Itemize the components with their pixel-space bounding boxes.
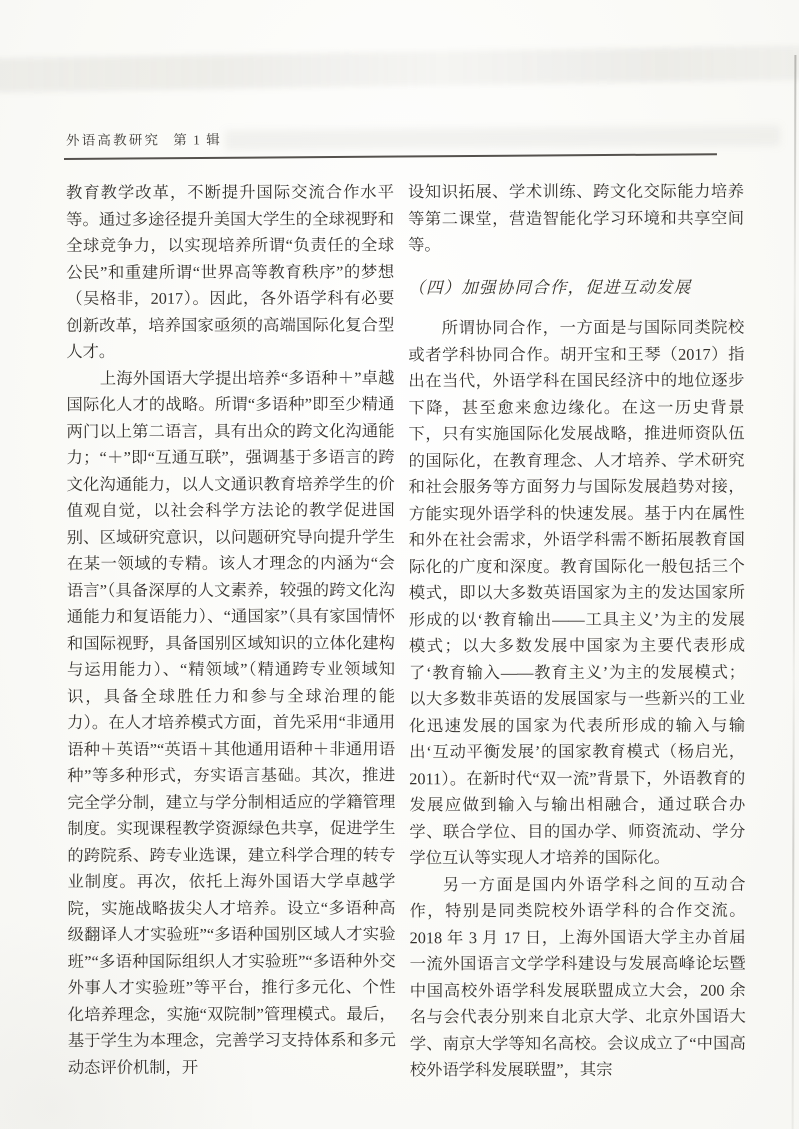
paragraph-continuation: 教育教学改革，不断提升国际交流合作水平等。通过多途径提升美国大学生的全球视野和全… bbox=[66, 179, 394, 365]
section-heading: （四）加强协同合作，促进互动发展 bbox=[408, 274, 744, 301]
right-column: 设知识拓展、学术训练、跨文化交际能力培养等第二课堂，营造智能化学习环境和共享空间… bbox=[408, 179, 746, 1084]
running-header: 外语高教研究第 1 辑 bbox=[66, 128, 221, 149]
page-edge-crease bbox=[792, 55, 797, 1129]
header-rule bbox=[64, 153, 717, 160]
scan-streak-artifact bbox=[0, 46, 799, 93]
paragraph: 所谓协同合作，一方面是与国际同类院校或者学科协同合作。胡开宝和王琴（2017）指… bbox=[408, 315, 745, 872]
journal-title: 外语高教研究 bbox=[66, 133, 160, 148]
scan-smudge-artifact bbox=[225, 126, 780, 151]
paragraph-continuation: 设知识拓展、学术训练、跨文化交际能力培养等第二课堂，营造智能化学习环境和共享空间… bbox=[408, 179, 744, 259]
scanned-page: 外语高教研究第 1 辑 教育教学改革，不断提升国际交流合作水平等。通过多途径提升… bbox=[0, 0, 799, 1129]
left-column: 教育教学改革，不断提升国际交流合作水平等。通过多途径提升美国大学生的全球视野和全… bbox=[66, 179, 396, 1084]
paragraph: 上海外国语大学提出培养“多语种＋”卓越国际化人才的战略。所谓“多语种”即至少精通… bbox=[66, 365, 395, 1081]
issue-label: 第 1 辑 bbox=[173, 132, 221, 147]
text-columns: 教育教学改革，不断提升国际交流合作水平等。通过多途径提升美国大学生的全球视野和全… bbox=[66, 179, 746, 1085]
paragraph: 另一方面是国内外语学科之间的互动合作，特别是同类院校外语学科的合作交流。2018… bbox=[409, 871, 745, 1084]
